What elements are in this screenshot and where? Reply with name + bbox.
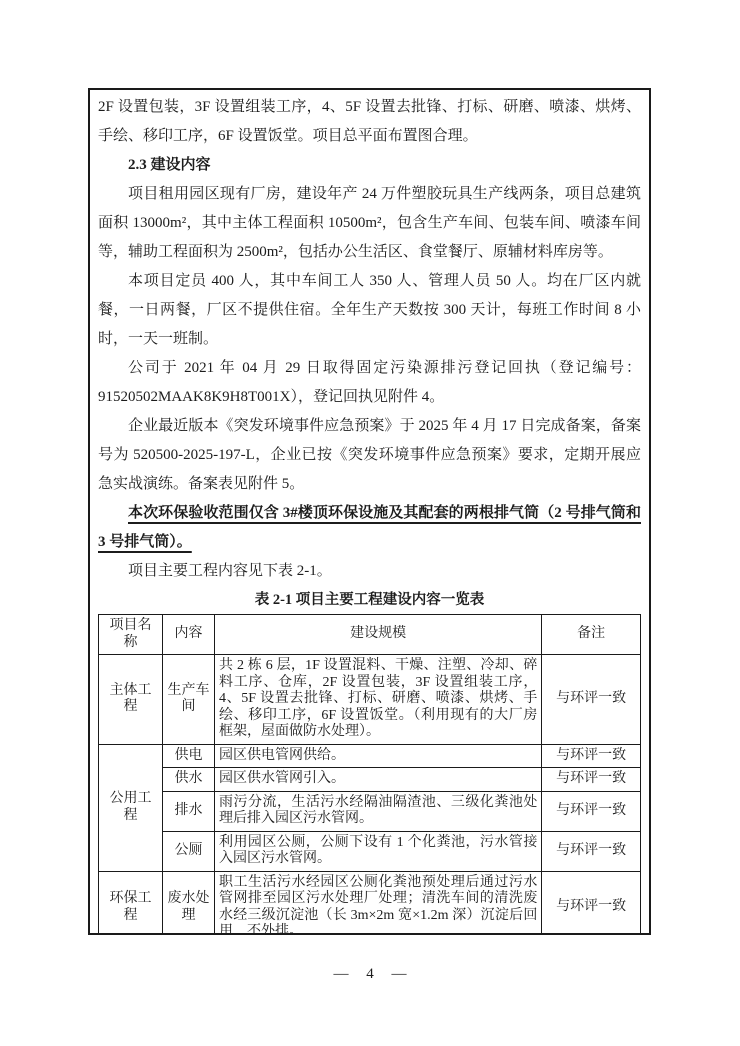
header-cell-note: 备注 bbox=[542, 615, 641, 655]
cell-category-environmental-works: 环保工程 bbox=[99, 871, 163, 935]
header-cell-content: 内容 bbox=[162, 615, 214, 655]
document-page: 2F 设置包装，3F 设置组装工序，4、5F 设置去批锋、打标、研磨、喷漆、烘烤… bbox=[0, 0, 740, 1046]
cell-item-public-toilet: 公厕 bbox=[162, 831, 214, 871]
cell-scale-production-workshop: 共 2 栋 6 层，1F 设置混料、干燥、注塑、冷却、碎料工序、仓库，2F 设置… bbox=[214, 655, 541, 745]
cell-note-drainage: 与环评一致 bbox=[542, 791, 641, 831]
header-cell-scale: 建设规模 bbox=[214, 615, 541, 655]
cell-note-production-workshop: 与环评一致 bbox=[542, 655, 641, 745]
cell-item-wastewater-treatment: 废水处理 bbox=[162, 871, 214, 935]
cell-item-power-supply: 供电 bbox=[162, 744, 214, 768]
project-works-table: 项目名称 内容 建设规模 备注 主体工程 生产车间 共 2 栋 6 层，1F 设… bbox=[98, 614, 641, 935]
page-number: — 4 — bbox=[0, 966, 740, 983]
cell-note-water-supply: 与环评一致 bbox=[542, 768, 641, 792]
cell-item-drainage: 排水 bbox=[162, 791, 214, 831]
paragraph-staffing: 本项目定员 400 人，其中车间工人 350 人、管理人员 50 人。均在厂区内… bbox=[98, 267, 641, 354]
cell-note-power-supply: 与环评一致 bbox=[542, 744, 641, 768]
cell-category-utility-works: 公用工程 bbox=[99, 744, 163, 871]
cell-scale-wastewater-treatment: 职工生活污水经园区公厕化粪池预处理后通过污水管网排至园区污水处理厂处理；清洗车间… bbox=[214, 871, 541, 935]
paragraph-construction-scale: 项目租用园区现有厂房，建设年产 24 万件塑胶玩具生产线两条，项目总建筑面积 1… bbox=[98, 180, 641, 267]
table-header-row: 项目名称 内容 建设规模 备注 bbox=[99, 615, 641, 655]
paragraph-floor-layout-continuation: 2F 设置包装，3F 设置组装工序，4、5F 设置去批锋、打标、研磨、喷漆、烘烤… bbox=[98, 93, 641, 151]
cell-item-water-supply: 供水 bbox=[162, 768, 214, 792]
paragraph-table-intro: 项目主要工程内容见下表 2-1。 bbox=[98, 557, 641, 586]
section-heading-2-3: 2.3 建设内容 bbox=[98, 151, 641, 180]
paragraph-emergency-plan: 企业最近版本《突发环境事件应急预案》于 2025 年 4 月 17 日完成备案，… bbox=[98, 412, 641, 499]
paragraph-pollution-registration: 公司于 2021 年 04 月 29 日取得固定污染源排污登记回执（登记编号：9… bbox=[98, 354, 641, 412]
table-row-water-supply: 供水 园区供水管网引入。 与环评一致 bbox=[99, 768, 641, 792]
paragraph-acceptance-scope: 本次环保验收范围仅含 3#楼顶环保设施及其配套的两根排气筒（2 号排气筒和 3 … bbox=[98, 499, 641, 557]
table-row-power-supply: 公用工程 供电 园区供电管网供给。 与环评一致 bbox=[99, 744, 641, 768]
table-row-wastewater-treatment: 环保工程 废水处理 职工生活污水经园区公厕化粪池预处理后通过污水管网排至园区污水… bbox=[99, 871, 641, 935]
cell-category-main-works: 主体工程 bbox=[99, 655, 163, 745]
cell-scale-drainage: 雨污分流，生活污水经隔油隔渣池、三级化粪池处理后排入园区污水管网。 bbox=[214, 791, 541, 831]
table-row-drainage: 排水 雨污分流，生活污水经隔油隔渣池、三级化粪池处理后排入园区污水管网。 与环评… bbox=[99, 791, 641, 831]
cell-scale-public-toilet: 利用园区公厕，公厕下设有 1 个化粪池，污水管接入园区污水管网。 bbox=[214, 831, 541, 871]
cell-item-production-workshop: 生产车间 bbox=[162, 655, 214, 745]
cell-scale-power-supply: 园区供电管网供给。 bbox=[214, 744, 541, 768]
table-row-public-toilet: 公厕 利用园区公厕，公厕下设有 1 个化粪池，污水管接入园区污水管网。 与环评一… bbox=[99, 831, 641, 871]
table-caption: 表 2-1 项目主要工程建设内容一览表 bbox=[98, 586, 641, 614]
header-cell-project-name: 项目名称 bbox=[99, 615, 163, 655]
cell-scale-water-supply: 园区供水管网引入。 bbox=[214, 768, 541, 792]
cell-note-wastewater-treatment: 与环评一致 bbox=[542, 871, 641, 935]
content-frame: 2F 设置包装，3F 设置组装工序，4、5F 设置去批锋、打标、研磨、喷漆、烘烤… bbox=[88, 88, 651, 935]
cell-note-public-toilet: 与环评一致 bbox=[542, 831, 641, 871]
table-row-main-works: 主体工程 生产车间 共 2 栋 6 层，1F 设置混料、干燥、注塑、冷却、碎料工… bbox=[99, 655, 641, 745]
